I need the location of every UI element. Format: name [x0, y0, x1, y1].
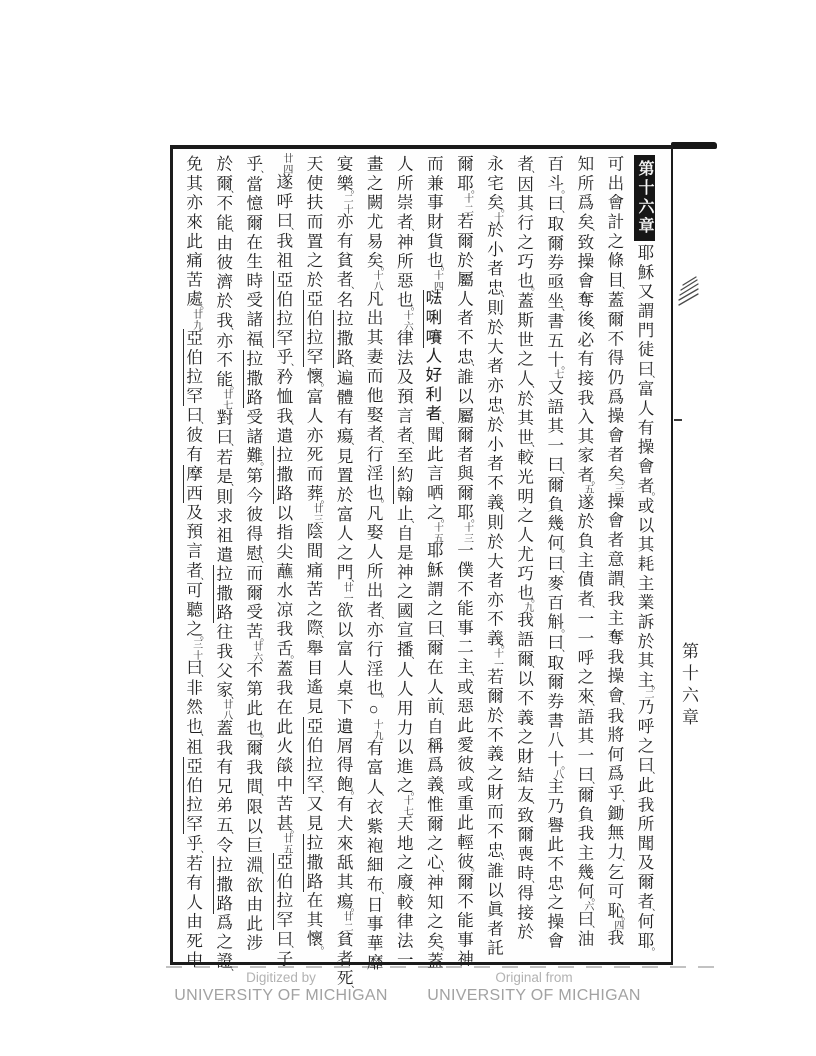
verse-number: 十一 — [492, 648, 503, 670]
punctuation-mark: 、 — [402, 520, 413, 530]
verse-number: 二十 — [341, 193, 352, 215]
verse-number: 廿六 — [251, 641, 262, 663]
punctuation-mark: 、 — [222, 190, 233, 200]
punctuation-mark: 、 — [402, 228, 413, 238]
text-column: 宴樂。二十亦有貧者、名拉撒路、遍體有瘍、見置於富人之門、廿一欲以富人桌下遺屑得飽… — [332, 155, 362, 955]
punctuation-mark: 、 — [523, 170, 534, 180]
punctuation-mark: 、 — [523, 665, 534, 675]
punctuation-mark: 、 — [192, 733, 203, 743]
punctuation-mark: 、 — [192, 577, 203, 587]
margin-tick-mark — [674, 419, 682, 421]
punctuation-mark: 、 — [523, 444, 534, 454]
proper-noun: 拉撒路 — [213, 565, 233, 623]
text-column: 廿四遂呼曰、我祖亞伯拉罕乎、矜恤我、遣拉撒路以指尖蘸水凉我舌。蓋我在此火燄中苦甚… — [272, 155, 302, 955]
proper-noun: 亞伯拉罕 — [183, 329, 203, 406]
verse-number: 廿八 — [221, 699, 232, 721]
verse-number: 廿二 — [341, 911, 352, 933]
verse-number: 十三 — [461, 522, 472, 544]
verse-number: 四 — [612, 920, 623, 931]
verse-number: 廿九 — [191, 309, 202, 331]
punctuation-mark: 、 — [372, 793, 383, 803]
pencil-scribble-icon — [677, 274, 701, 308]
punctuation-mark: 、 — [402, 888, 413, 898]
punctuation-mark: 、 — [432, 712, 443, 722]
footer-digitized-institution: UNIVERSITY OF MICHIGAN — [166, 986, 396, 1005]
punctuation-mark: 、 — [222, 327, 233, 337]
punctuation-mark: 。 — [342, 791, 353, 801]
punctuation-mark: 、 — [252, 793, 263, 803]
text-column: 者、因其行之巧也。蓋斯世之人、於其世、較光明之人尤巧也。九我語爾、以不義之財結友… — [513, 155, 543, 955]
punctuation-mark: 、 — [432, 634, 443, 644]
punctuation-mark: 。 — [432, 947, 443, 957]
punctuation-mark: 、 — [342, 442, 353, 452]
punctuation-mark: 、 — [372, 891, 383, 901]
text-column: 於爾、不能、由彼濟於我、亦不能。廿七對曰、若是、則求祖遣拉撒路往我父家、廿八蓋我… — [212, 155, 242, 955]
punctuation-mark: 、 — [282, 422, 293, 432]
footer-digitized: Digitized by UNIVERSITY OF MICHIGAN — [166, 970, 396, 1005]
punctuation-mark: 。 — [252, 734, 263, 744]
punctuation-mark: 、 — [222, 229, 233, 239]
text-column: 知所爲矣、致操會奪後、必有接我入其家者。五遂於負主債者、一一呼之來、語其一曰、爾… — [573, 155, 603, 955]
punctuation-mark: 、 — [282, 945, 293, 955]
footer-digitized-by-label: Digitized by — [166, 970, 396, 986]
proper-noun: 亞伯拉罕 — [183, 757, 203, 834]
punctuation-mark: 、 — [372, 440, 383, 450]
punctuation-mark: 、 — [432, 791, 443, 801]
proper-noun: 𠵽唎㘔 — [423, 290, 443, 348]
punctuation-mark: 、 — [583, 781, 594, 791]
punctuation-mark: 、 — [553, 471, 564, 481]
ink-smudge-top — [671, 142, 717, 149]
punctuation-mark: 、 — [493, 411, 504, 421]
punctuation-mark: 、 — [523, 801, 534, 811]
punctuation-mark: 、 — [583, 703, 594, 713]
verse-number: 廿一 — [341, 582, 352, 604]
text-column: 可出會計之條目、蓋爾不得仍爲操會者矣。三操會者意謂、我主奪我操會、我將何爲乎、鋤… — [603, 155, 633, 955]
proper-noun: 拉撒路 — [273, 446, 293, 504]
punctuation-mark: 、 — [192, 850, 203, 860]
verse-number: 十九 — [371, 719, 382, 741]
proper-noun: 亞伯拉罕 — [303, 290, 323, 367]
punctuation-mark: 。 — [282, 655, 293, 665]
punctuation-mark: 、 — [282, 363, 293, 373]
punctuation-mark: 。 — [252, 462, 263, 472]
punctuation-mark: 、 — [192, 421, 203, 431]
punctuation-mark: 、 — [583, 925, 594, 935]
verse-number: 十八 — [371, 270, 382, 292]
text-column: 百斗。曰、取爾券亟坐、書五十。七又語其一曰、爾負幾何。曰、麥百斛。曰、取爾券書八… — [543, 155, 573, 955]
punctuation-mark: 、 — [312, 635, 323, 645]
punctuation-mark: 、 — [553, 210, 564, 220]
punctuation-mark: 、 — [493, 857, 504, 867]
text-column: 爾耶。十二若爾於屬人者不忠、誰以屬爾者與爾耶。十三一僕不能事二主、或惡此愛彼、或… — [452, 155, 482, 955]
punctuation-mark: 、 — [613, 286, 624, 296]
punctuation-mark: 、 — [553, 649, 564, 659]
verse-number: 十七 — [401, 795, 412, 817]
margin-chapter-label: 第十六章 — [676, 642, 701, 730]
punctuation-mark: 。 — [643, 947, 654, 957]
proper-noun: 拉撒路 — [333, 310, 353, 368]
punctuation-mark: 、 — [462, 673, 473, 683]
punctuation-mark: 、 — [523, 385, 534, 395]
footer-original: Original from UNIVERSITY OF MICHIGAN — [419, 970, 649, 1005]
text-column: 第十六章耶穌又謂門徒曰、富人有操會者。或以其耗主業訴於其主。二乃呼之曰、此我所聞… — [633, 155, 663, 955]
punctuation-mark: 。 — [372, 694, 383, 704]
punctuation-mark: 、 — [312, 790, 323, 800]
punctuation-mark: 、 — [342, 364, 353, 374]
punctuation-mark: 、 — [432, 869, 443, 879]
footer-original-from-label: Original from — [419, 970, 649, 986]
verse-number: 三十 — [191, 639, 202, 661]
punctuation-mark: 、 — [222, 831, 233, 841]
proper-noun: 拉撒路 — [243, 350, 263, 408]
verse-number: 廿四 — [281, 153, 292, 175]
punctuation-mark: 、 — [432, 421, 443, 431]
verse-number: 十二 — [461, 193, 472, 215]
punctuation-mark: 、 — [523, 880, 534, 890]
footer-original-institution: UNIVERSITY OF MICHIGAN — [419, 986, 649, 1005]
punctuation-mark: 。 — [643, 492, 654, 502]
proper-noun: 亞伯拉罕 — [273, 271, 293, 348]
punctuation-mark: 。 — [462, 868, 473, 878]
verse-number: 十五 — [431, 522, 442, 544]
chapter-cartouche: 第十六章 — [634, 155, 655, 241]
verse-number: 廿五 — [281, 833, 292, 855]
punctuation-mark: 、 — [613, 702, 624, 712]
verse-number: 九 — [522, 602, 533, 613]
punctuation-mark: 、 — [553, 308, 564, 318]
text-column: 而兼事財貨也。十四𠵽唎㘔人好利者、聞此言哂之。十五耶穌謂之曰、爾在人前、自稱爲義… — [422, 155, 452, 955]
punctuation-mark: 、 — [613, 799, 624, 809]
verse-number: 十 — [492, 212, 503, 223]
scan-smudge-bottom — [166, 966, 720, 968]
punctuation-mark: 、 — [252, 560, 263, 570]
punctuation-mark: 、 — [643, 771, 654, 781]
punctuation-mark: 。 — [312, 946, 323, 956]
punctuation-mark: 。 — [553, 549, 564, 559]
verse-number: 五 — [582, 484, 593, 495]
proper-noun: 摩西 — [183, 465, 203, 504]
text-column: 人所崇者、神所惡也。十六律法及預言者、至約翰止、自是神之國宣播、人人用力以進之。… — [392, 155, 422, 955]
proper-noun: 約翰 — [393, 466, 413, 505]
text-column: 天使扶而置之於亞伯拉罕懷。富人亦死而葬。廿三陰間痛苦之際、舉目遙見亞伯拉罕、又見… — [302, 155, 332, 955]
text-column: 畫之闕尤易矣。十八凡出其妻而他娶者、行淫也。凡娶人所出者、亦行淫也。○十九有富人… — [362, 155, 392, 955]
verse-number: 十四 — [431, 270, 442, 292]
punctuation-mark: 、 — [493, 294, 504, 304]
verse-number: 廿七 — [221, 389, 232, 411]
verse-number: 六 — [582, 901, 593, 912]
punctuation-mark: 、 — [553, 570, 564, 580]
punctuation-mark: 、 — [643, 908, 654, 918]
punctuation-mark: 、 — [402, 656, 413, 666]
punctuation-mark: 、 — [613, 585, 624, 595]
proper-noun: 拉撒路 — [303, 834, 323, 892]
text-column: 免其亦來此痛苦處。廿九亞伯拉罕曰、彼有摩西及預言者、可聽之。三十曰、非然也、祖亞… — [182, 155, 212, 955]
punctuation-mark: 。 — [372, 499, 383, 509]
punctuation-mark: 、 — [222, 443, 233, 453]
punctuation-mark: 、 — [252, 871, 263, 881]
punctuation-mark: 、 — [583, 605, 594, 615]
punctuation-mark: 、 — [643, 375, 654, 385]
proper-noun: 亞伯拉罕 — [273, 853, 293, 930]
verse-number: 七 — [552, 369, 563, 380]
verse-number: 八 — [552, 769, 563, 780]
proper-noun: 亞伯拉罕 — [303, 717, 323, 794]
punctuation-mark: 。 — [312, 383, 323, 393]
punctuation-mark: 、 — [372, 616, 383, 626]
proper-noun: 拉撒路 — [213, 856, 233, 914]
punctuation-mark: 。 — [553, 629, 564, 639]
text-columns: 第十六章耶穌又謂門徒曰、富人有操會者。或以其耗主業訴於其主。二乃呼之曰、此我所聞… — [173, 149, 671, 962]
punctuation-mark: 、 — [342, 286, 353, 296]
scanned-book-page: 第十六章耶穌又謂門徒曰、富人有操會者。或以其耗主業訴於其主。二乃呼之曰、此我所聞… — [0, 0, 816, 1056]
punctuation-mark: 、 — [583, 326, 594, 336]
punctuation-mark: 、 — [462, 770, 473, 780]
punctuation-mark: 、 — [252, 170, 263, 180]
verse-number: 三 — [612, 483, 623, 494]
punctuation-mark: 、 — [192, 674, 203, 684]
punctuation-mark: 、 — [462, 363, 473, 373]
punctuation-mark: 、 — [282, 227, 293, 237]
verse-number: 廿三 — [311, 503, 322, 525]
punctuation-mark: 。 — [523, 287, 534, 297]
punctuation-mark: 。 — [553, 190, 564, 200]
text-column: 乎、當憶爾在生時受諸福、拉撒路受諸難。第今彼得慰、而爾受苦。廿六不第此也。爾我間… — [242, 155, 272, 955]
text-frame: 第十六章耶穌又謂門徒曰、富人有操會者。或以其耗主業訴於其主。二乃呼之曰、此我所聞… — [170, 145, 673, 965]
punctuation-mark: 、 — [402, 441, 413, 451]
punctuation-mark: 、 — [493, 509, 504, 519]
punctuation-mark: 、 — [613, 858, 624, 868]
text-column: 永宅矣。十於小者忠、則於大者亦忠、於小者不義、則於大者亦不義。十一若爾於不義之財… — [482, 155, 512, 955]
verse-number: 二 — [642, 689, 653, 700]
punctuation-mark: 、 — [222, 483, 233, 493]
punctuation-mark: 、 — [583, 228, 594, 238]
verse-number: 十六 — [401, 310, 412, 332]
